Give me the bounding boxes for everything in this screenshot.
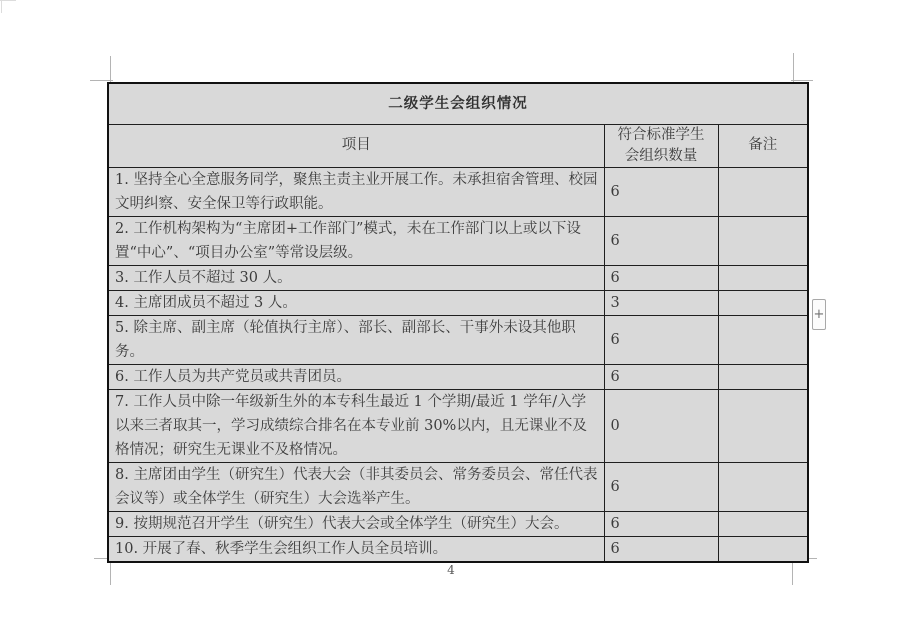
remark-cell[interactable] xyxy=(718,511,808,536)
item-cell[interactable]: 2. 工作机构架构为“主席团+工作部门”模式，未在工作部门以上或以下设置“中心”… xyxy=(108,216,604,265)
table-title[interactable]: 二级学生会组织情况 xyxy=(108,83,808,124)
count-cell[interactable]: 6 xyxy=(604,536,718,562)
table-row: 3. 工作人员不超过 30 人。 6 xyxy=(108,265,808,290)
column-header-item[interactable]: 项目 xyxy=(108,124,604,167)
table-row: 1. 坚持全心全意服务同学，聚焦主责主业开展工作。未承担宿舍管理、校园文明纠察、… xyxy=(108,167,808,216)
count-cell[interactable]: 6 xyxy=(604,511,718,536)
column-header-remark[interactable]: 备注 xyxy=(718,124,808,167)
count-cell[interactable]: 6 xyxy=(604,265,718,290)
page-number: 4 xyxy=(436,563,466,577)
table-title-row: 二级学生会组织情况 xyxy=(108,83,808,124)
table-header-row: 项目 符合标准学生会组织数量 备注 xyxy=(108,124,808,167)
crop-mark xyxy=(90,80,113,81)
count-cell[interactable]: 6 xyxy=(604,315,718,364)
table-row: 5. 除主席、副主席（轮值执行主席）、部长、副部长、干事外未设其他职务。 6 xyxy=(108,315,808,364)
item-cell[interactable]: 8. 主席团由学生（研究生）代表大会（非其委员会、常务委员会、常任代表会议等）或… xyxy=(108,462,604,511)
remark-cell[interactable] xyxy=(718,216,808,265)
item-cell[interactable]: 3. 工作人员不超过 30 人。 xyxy=(108,265,604,290)
remark-cell[interactable] xyxy=(718,364,808,389)
remark-cell[interactable] xyxy=(718,315,808,364)
table-row: 4. 主席团成员不超过 3 人。 3 xyxy=(108,290,808,315)
item-cell[interactable]: 10. 开展了春、秋季学生会组织工作人员全员培训。 xyxy=(108,536,604,562)
count-cell[interactable]: 6 xyxy=(604,364,718,389)
item-cell[interactable]: 1. 坚持全心全意服务同学，聚焦主责主业开展工作。未承担宿舍管理、校园文明纠察、… xyxy=(108,167,604,216)
table-row: 10. 开展了春、秋季学生会组织工作人员全员培训。 6 xyxy=(108,536,808,562)
plus-button[interactable]: + xyxy=(812,299,826,330)
item-cell[interactable]: 7. 工作人员中除一年级新生外的本专科生最近 1 个学期/最近 1 学年/入学以… xyxy=(108,389,604,462)
crop-mark xyxy=(791,80,813,81)
table-row: 8. 主席团由学生（研究生）代表大会（非其委员会、常务委员会、常任代表会议等）或… xyxy=(108,462,808,511)
count-cell[interactable]: 3 xyxy=(604,290,718,315)
table-row: 6. 工作人员为共产党员或共青团员。 6 xyxy=(108,364,808,389)
table-row: 2. 工作机构架构为“主席团+工作部门”模式，未在工作部门以上或以下设置“中心”… xyxy=(108,216,808,265)
item-cell[interactable]: 5. 除主席、副主席（轮值执行主席）、部长、副部长、干事外未设其他职务。 xyxy=(108,315,604,364)
count-cell[interactable]: 0 xyxy=(604,389,718,462)
window-corner xyxy=(0,0,16,1)
table-row: 7. 工作人员中除一年级新生外的本专科生最近 1 个学期/最近 1 学年/入学以… xyxy=(108,389,808,462)
column-header-count-label: 符合标准学生会组织数量 xyxy=(616,125,706,167)
student-union-table: 二级学生会组织情况 项目 符合标准学生会组织数量 备注 1. 坚持全心全意服务同… xyxy=(107,82,809,563)
item-cell[interactable]: 6. 工作人员为共产党员或共青团员。 xyxy=(108,364,604,389)
table-row: 9. 按期规范召开学生（研究生）代表大会或全体学生（研究生）大会。 6 xyxy=(108,511,808,536)
remark-cell[interactable] xyxy=(718,167,808,216)
remark-cell[interactable] xyxy=(718,536,808,562)
count-cell[interactable]: 6 xyxy=(604,216,718,265)
column-header-count[interactable]: 符合标准学生会组织数量 xyxy=(604,124,718,167)
crop-mark xyxy=(110,56,111,82)
count-cell[interactable]: 6 xyxy=(604,167,718,216)
remark-cell[interactable] xyxy=(718,265,808,290)
item-cell[interactable]: 4. 主席团成员不超过 3 人。 xyxy=(108,290,604,315)
crop-mark xyxy=(793,53,794,82)
document-page: 二级学生会组织情况 项目 符合标准学生会组织数量 备注 1. 坚持全心全意服务同… xyxy=(0,0,901,634)
remark-cell[interactable] xyxy=(718,389,808,462)
count-cell[interactable]: 6 xyxy=(604,462,718,511)
remark-cell[interactable] xyxy=(718,290,808,315)
window-corner xyxy=(1,0,2,13)
item-cell[interactable]: 9. 按期规范召开学生（研究生）代表大会或全体学生（研究生）大会。 xyxy=(108,511,604,536)
remark-cell[interactable] xyxy=(718,462,808,511)
